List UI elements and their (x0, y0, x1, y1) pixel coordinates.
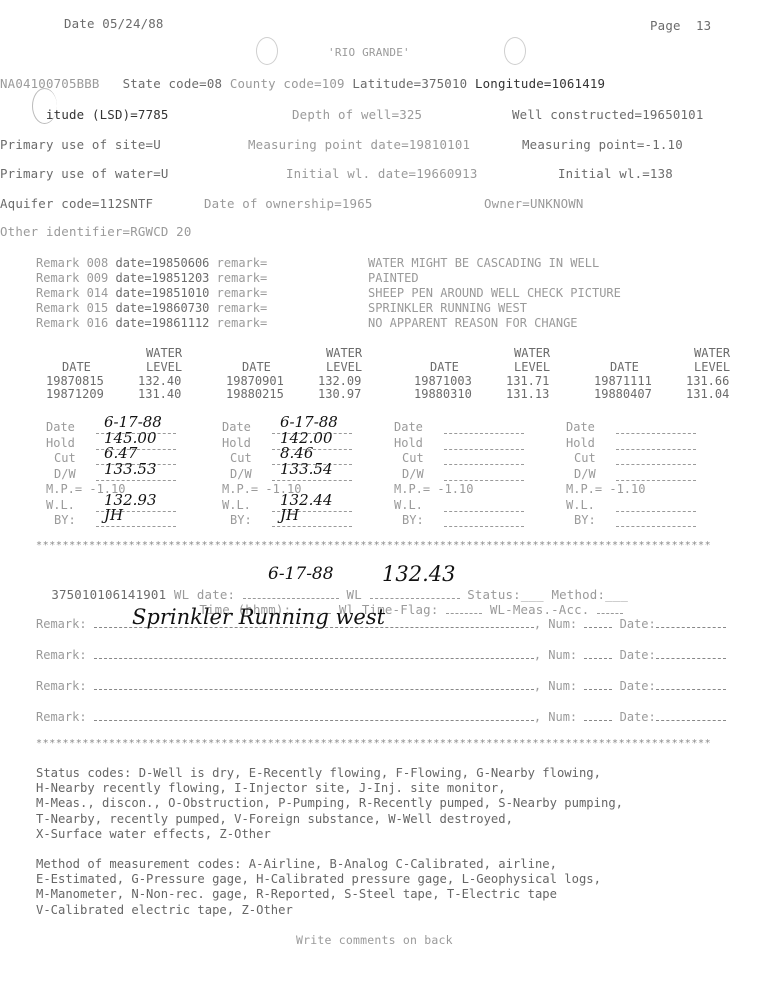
method-code-line: Method of measurement codes: A-Airline, … (36, 857, 601, 872)
field-row-by: BY:JH (222, 513, 372, 529)
field-label-wl: W.L. (566, 498, 595, 512)
level-date-cell: 19871003 (414, 374, 472, 388)
field-input-dw[interactable] (444, 467, 524, 481)
level-value-cell: 132.09 (318, 374, 361, 388)
level-date-cell: 19871209 (46, 387, 104, 401)
latitude: Latitude=375010 (352, 76, 467, 91)
num-field[interactable] (584, 679, 612, 690)
remark-entry-label: Remark: (36, 648, 87, 662)
remark-entry-field[interactable] (94, 679, 534, 690)
field-input-cut[interactable] (444, 451, 524, 465)
ownership-date: Date of ownership=1965 (204, 196, 373, 211)
num-label: , Num: (534, 679, 585, 693)
basin-title: 'RIO GRANDE' (328, 46, 410, 59)
column-header-level: LEVEL (514, 360, 550, 374)
field-label-wl: W.L. (222, 498, 251, 512)
primary-use-site: Primary use of site=U (0, 137, 161, 152)
method-code-line: V-Calibrated electric tape, Z-Other (36, 903, 601, 918)
column-header-date: DATE (430, 360, 459, 374)
column-header-water: WATER (146, 346, 182, 360)
longitude: Longitude=1061419 (475, 76, 605, 91)
column-header-water: WATER (326, 346, 362, 360)
remark-date: date=19850606 (115, 256, 209, 270)
field-row-date: Date (394, 420, 544, 436)
field-label-dw: D/W (566, 467, 596, 481)
field-input-wl[interactable] (444, 498, 524, 512)
remark-entry-field[interactable] (94, 648, 534, 659)
field-label-cut: Cut (222, 451, 252, 465)
well-constructed: Well constructed=19650101 (512, 107, 704, 122)
remark-label: remark= (217, 271, 268, 285)
field-form: DateHoldCutD/WM.P.= -1.10W.L.BY: (394, 420, 544, 529)
field-label-hold: Hold (46, 436, 75, 450)
field-row-mp: M.P.= -1.10 (394, 482, 544, 498)
date-field[interactable] (656, 617, 726, 628)
field-input-by[interactable] (444, 513, 524, 527)
site-id: NA04100705BBB (0, 76, 100, 91)
field-row-hold: Hold (394, 436, 544, 452)
level-value-cell: 131.71 (506, 374, 549, 388)
date-label: Date: (620, 648, 656, 662)
remark-label: remark= (217, 256, 268, 270)
initial-wl: Initial wl.=138 (558, 166, 673, 181)
field-row-dw: D/W133.53 (46, 467, 196, 483)
field-label-date: Date (394, 420, 423, 434)
field-row-cut: Cut (566, 451, 716, 467)
column-header-level: LEVEL (326, 360, 362, 374)
divider-stars-bottom: ****************************************… (36, 738, 762, 749)
date-label: Date: (620, 617, 656, 631)
remark-entry-label: Remark: (36, 710, 87, 724)
county-code: County code=109 (230, 76, 345, 91)
field-label-hold: Hold (566, 436, 595, 450)
owner: Owner=UNKNOWN (484, 196, 584, 211)
level-date-cell: 19880310 (414, 387, 472, 401)
footer-note: Write comments on back (296, 933, 453, 947)
method-codes: Method of measurement codes: A-Airline, … (36, 857, 601, 918)
field-input-cut[interactable] (616, 451, 696, 465)
state-code: State code=08 (123, 76, 223, 91)
remark-date: date=19861112 (115, 316, 209, 330)
status-code-line: T-Nearby, recently pumped, V-Foreign sub… (36, 812, 623, 827)
remark-date: date=19860730 (115, 301, 209, 315)
column-header-date: DATE (242, 360, 271, 374)
num-field[interactable] (584, 617, 612, 628)
measuring-point: Measuring point=-1.10 (522, 137, 683, 152)
field-input-wl[interactable] (616, 498, 696, 512)
wl-meas-acc-label: WL-Meas.-Acc. (490, 602, 590, 617)
field-row-dw: D/W (566, 467, 716, 483)
level-date-cell: 19880215 (226, 387, 284, 401)
remark-entry-field[interactable] (94, 710, 534, 721)
field-row-by: BY: (394, 513, 544, 529)
water-level-table: WATERDATELEVEL19870815132.4019871209131.… (0, 346, 768, 406)
field-value-dw: 133.53 (104, 462, 157, 478)
altitude: itude (LSD)=7785 (46, 107, 169, 122)
other-identifier: Other identifier=RGWCD 20 (0, 224, 192, 239)
remark-entry-row: Remark: , Num: Date: (36, 648, 726, 662)
remark-label: remark= (217, 316, 268, 330)
field-form: Date6-17-88Hold142.00Cut8.46D/W133.54M.P… (222, 420, 372, 529)
remark-date: date=19851203 (115, 271, 209, 285)
remark-number: Remark 009 (36, 271, 108, 285)
level-date-cell: 19871111 (594, 374, 652, 388)
num-field[interactable] (584, 648, 612, 659)
remark-line-printed: Remark 008 date=19850606 remark=WATER MI… (36, 256, 267, 270)
wl-meas-acc-field[interactable] (597, 613, 623, 614)
column-header-water: WATER (694, 346, 730, 360)
level-value-cell: 131.04 (686, 387, 729, 401)
primary-use-water: Primary use of water=U (0, 166, 169, 181)
field-label-mp: M.P.= -1.10 (394, 482, 473, 496)
field-label-dw: D/W (222, 467, 252, 481)
field-label-by: BY: (394, 513, 424, 527)
field-value-dw: 133.54 (280, 462, 333, 478)
field-label-hold: Hold (394, 436, 423, 450)
column-header-level: LEVEL (146, 360, 182, 374)
level-value-cell: 131.40 (138, 387, 181, 401)
field-row-hold: Hold (566, 436, 716, 452)
date-field[interactable] (656, 648, 726, 659)
method-code-line: M-Manometer, N-Non-rec. gage, R-Reported… (36, 887, 601, 902)
remark-line-printed: Remark 015 date=19860730 remark=SPRINKLE… (36, 301, 267, 315)
field-label-dw: D/W (394, 467, 424, 481)
punch-hole-left (256, 37, 278, 65)
level-value-cell: 132.40 (138, 374, 181, 388)
field-label-cut: Cut (566, 451, 596, 465)
method-code-line: E-Estimated, G-Pressure gage, H-Calibrat… (36, 872, 601, 887)
date-field[interactable] (656, 679, 726, 690)
field-label-dw: D/W (46, 467, 76, 481)
site-number: 375010106141901 (51, 587, 166, 602)
status-code-line: Status codes: D-Well is dry, E-Recently … (36, 766, 623, 781)
field-label-by: BY: (566, 513, 596, 527)
initial-wl-date: Initial wl. date=19660913 (286, 166, 478, 181)
site-line-1: NA04100705BBB State code=08 County code=… (0, 76, 605, 91)
field-row-by: BY: (566, 513, 716, 529)
field-form: DateHoldCutD/WM.P.= -1.10W.L.BY: (566, 420, 716, 529)
wl-time-flag-field[interactable] (446, 613, 482, 614)
remark-number: Remark 014 (36, 286, 108, 300)
aquifer-code: Aquifer code=112SNTF (0, 196, 153, 211)
date-field[interactable] (656, 710, 726, 721)
remark-text: SPRINKLER RUNNING WEST (368, 301, 527, 315)
column-header-date: DATE (62, 360, 91, 374)
field-row-dw: D/W (394, 467, 544, 483)
field-row-mp: M.P.= -1.10 (566, 482, 716, 498)
num-label: , Num: (534, 648, 585, 662)
field-value-by: JH (104, 508, 123, 524)
column-header-date: DATE (610, 360, 639, 374)
field-label-by: BY: (222, 513, 252, 527)
remark-label: remark= (217, 286, 268, 300)
field-form: Date6-17-88Hold145.00Cut6.47D/W133.53M.P… (46, 420, 196, 529)
field-input-date[interactable] (444, 420, 524, 434)
remark-label: remark= (217, 301, 268, 315)
status-codes: Status codes: D-Well is dry, E-Recently … (36, 766, 623, 842)
field-label-date: Date (46, 420, 75, 434)
depth-of-well: Depth of well=325 (292, 107, 422, 122)
page-number: Page 13 (650, 18, 711, 33)
status-code-line: X-Surface water effects, Z-Other (36, 827, 623, 842)
remark-entry-label: Remark: (36, 617, 87, 631)
remark-text: PAINTED (368, 271, 419, 285)
level-value-cell: 131.13 (506, 387, 549, 401)
date-label: Date: (620, 679, 656, 693)
field-label-wl: W.L. (46, 498, 75, 512)
remark-line-printed: Remark 016 date=19861112 remark=NO APPAR… (36, 316, 267, 330)
field-value-by: JH (280, 508, 299, 524)
field-label-by: BY: (46, 513, 76, 527)
field-input-hold[interactable] (444, 436, 524, 450)
remark-number: Remark 015 (36, 301, 108, 315)
remark-entry-row: Remark: , Num: Date: (36, 710, 726, 724)
punch-hole-right (504, 37, 526, 65)
field-label-date: Date (566, 420, 595, 434)
remark-text: SHEEP PEN AROUND WELL CHECK PICTURE (368, 286, 621, 300)
remark-number: Remark 008 (36, 256, 108, 270)
level-date-cell: 19870815 (46, 374, 104, 388)
wl-value-handwritten: 132.43 (382, 562, 455, 586)
remark-line-printed: Remark 014 date=19851010 remark=SHEEP PE… (36, 286, 267, 300)
field-input-dw[interactable] (616, 467, 696, 481)
status-code-line: M-Meas., discon., O-Obstruction, P-Pumpi… (36, 796, 623, 811)
level-value-cell: 130.97 (318, 387, 361, 401)
field-input-date[interactable] (616, 420, 696, 434)
level-value-cell: 131.66 (686, 374, 729, 388)
report-date: Date 05/24/88 (64, 16, 164, 31)
column-header-level: LEVEL (694, 360, 730, 374)
measuring-point-date: Measuring point date=19810101 (248, 137, 470, 152)
field-row-date: Date (566, 420, 716, 436)
field-row-by: BY:JH (46, 513, 196, 529)
field-input-hold[interactable] (616, 436, 696, 450)
date-label: Date: (620, 710, 656, 724)
column-header-water: WATER (514, 346, 550, 360)
field-label-hold: Hold (222, 436, 251, 450)
field-row-wl: W.L. (566, 498, 716, 514)
field-label-wl: W.L. (394, 498, 423, 512)
remark-entry-row: Remark: , Num: Date: (36, 679, 726, 693)
field-measurement-forms: Date6-17-88Hold145.00Cut6.47D/W133.53M.P… (0, 420, 768, 530)
num-label: , Num: (534, 710, 585, 724)
field-label-mp: M.P.= -1.10 (566, 482, 645, 496)
num-label: , Num: (534, 617, 585, 631)
remark-entry-handwritten: Sprinkler Running west (132, 605, 385, 629)
remark-text: NO APPARENT REASON FOR CHANGE (368, 316, 578, 330)
divider-stars-top: ****************************************… (36, 540, 762, 551)
num-field[interactable] (584, 710, 612, 721)
field-label-cut: Cut (46, 451, 76, 465)
field-row-cut: Cut (394, 451, 544, 467)
remark-line-printed: Remark 009 date=19851203 remark=PAINTED (36, 271, 267, 285)
remark-date: date=19851010 (115, 286, 209, 300)
wl-date-handwritten: 6-17-88 (268, 564, 334, 584)
field-label-date: Date (222, 420, 251, 434)
remark-text: WATER MIGHT BE CASCADING IN WELL (368, 256, 599, 270)
field-label-cut: Cut (394, 451, 424, 465)
remark-entry-label: Remark: (36, 679, 87, 693)
field-row-dw: D/W133.54 (222, 467, 372, 483)
field-input-by[interactable] (616, 513, 696, 527)
field-row-wl: W.L. (394, 498, 544, 514)
remark-number: Remark 016 (36, 316, 108, 330)
level-date-cell: 19870901 (226, 374, 284, 388)
status-code-line: H-Nearby recently flowing, I-Injector si… (36, 781, 623, 796)
level-date-cell: 19880407 (594, 387, 652, 401)
